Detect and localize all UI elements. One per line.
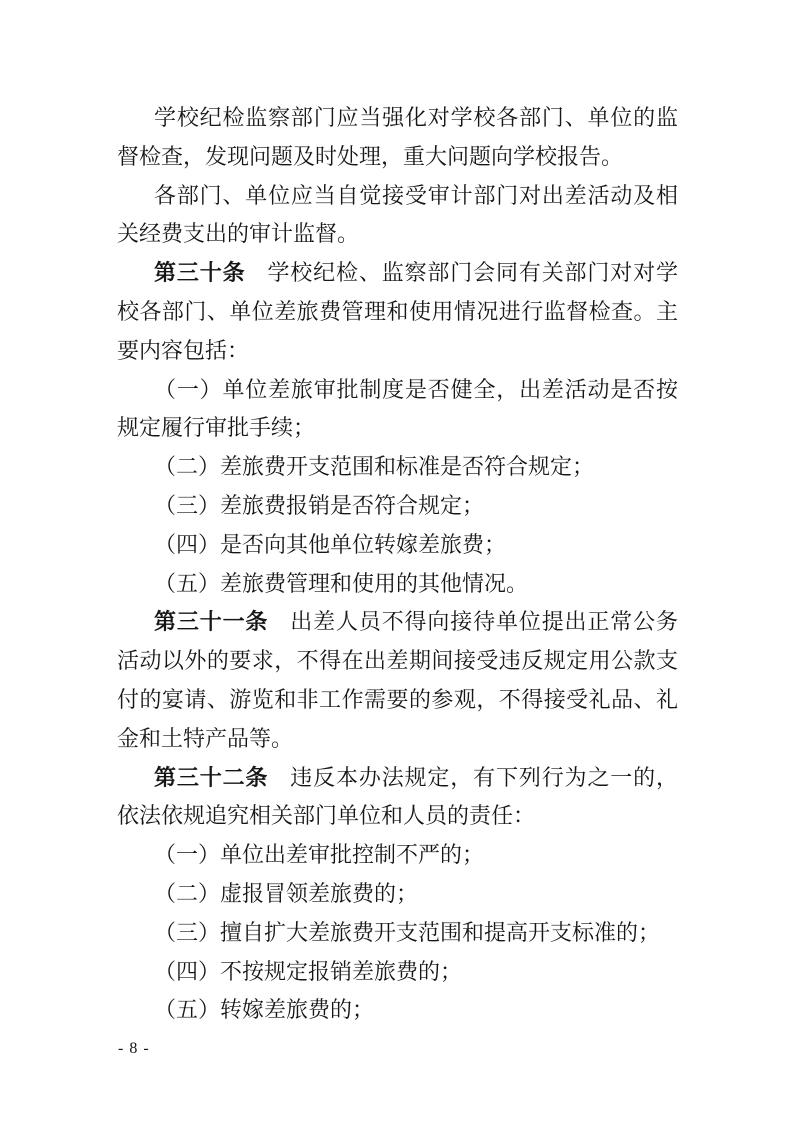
document-page: 学校纪检监察部门应当强化对学校各部门、单位的监督检查，发现问题及时处理，重大问题… [0,0,793,1122]
list-item: （二）虚报冒领差旅费的； [117,875,678,914]
paragraph: 第三十一条出差人员不得向接待单位提出正常公务活动以外的要求，不得在出差期间接受违… [117,603,678,758]
paragraph: 各部门、单位应当自觉接受审计部门对出差活动及相关经费支出的审计监督。 [117,177,678,255]
page-number: - 8 - [118,1041,150,1057]
list-item: （二）差旅费开支范围和标准是否符合规定； [117,448,678,487]
paragraph-text: （五）转嫁差旅费的； [154,997,374,1022]
paragraph-text: （三）差旅费报销是否符合规定； [154,493,484,518]
paragraph-text: （二）虚报冒领差旅费的； [154,881,418,906]
paragraph-text: （四）是否向其他单位转嫁差旅费； [154,532,506,557]
article-number: 第三十一条 [154,609,268,634]
paragraph: 第三十二条违反本办法规定，有下列行为之一的，依法依规追究相关部门单位和人员的责任… [117,759,678,837]
list-item: （四）是否向其他单位转嫁差旅费； [117,526,678,565]
list-item: （三）擅自扩大差旅费开支范围和提高开支标准的； [117,914,678,953]
list-item: （三）差旅费报销是否符合规定； [117,487,678,526]
paragraph-text: 学校纪检监察部门应当强化对学校各部门、单位的监督检查，发现问题及时处理，重大问题… [117,105,678,169]
list-item: （一）单位出差审批控制不严的； [117,836,678,875]
paragraph-text: 各部门、单位应当自觉接受审计部门对出差活动及相关经费支出的审计监督。 [117,183,678,247]
paragraph-text: （二）差旅费开支范围和标准是否符合规定； [154,454,594,479]
list-item: （五）差旅费管理和使用的其他情况。 [117,565,678,604]
article-number: 第三十二条 [154,765,268,790]
paragraph-text: （一）单位出差审批控制不严的； [154,842,484,867]
paragraph-text: （五）差旅费管理和使用的其他情况。 [154,571,528,596]
list-item: （一）单位差旅审批制度是否健全，出差活动是否按规定履行审批手续； [117,371,678,449]
list-item: （四）不按规定报销差旅费的； [117,953,678,992]
paragraph: 第三十条学校纪检、监察部门会同有关部门对对学校各部门、单位差旅费管理和使用情况进… [117,254,678,370]
paragraph: 学校纪检监察部门应当强化对学校各部门、单位的监督检查，发现问题及时处理，重大问题… [117,99,678,177]
article-number: 第三十条 [154,260,245,285]
paragraph-text: （四）不按规定报销差旅费的； [154,959,462,984]
document-body: 学校纪检监察部门应当强化对学校各部门、单位的监督检查，发现问题及时处理，重大问题… [117,99,678,1030]
list-item: （五）转嫁差旅费的； [117,991,678,1030]
paragraph-text: （三）擅自扩大差旅费开支范围和提高开支标准的； [154,920,660,945]
paragraph-text: （一）单位差旅审批制度是否健全，出差活动是否按规定履行审批手续； [117,377,678,441]
